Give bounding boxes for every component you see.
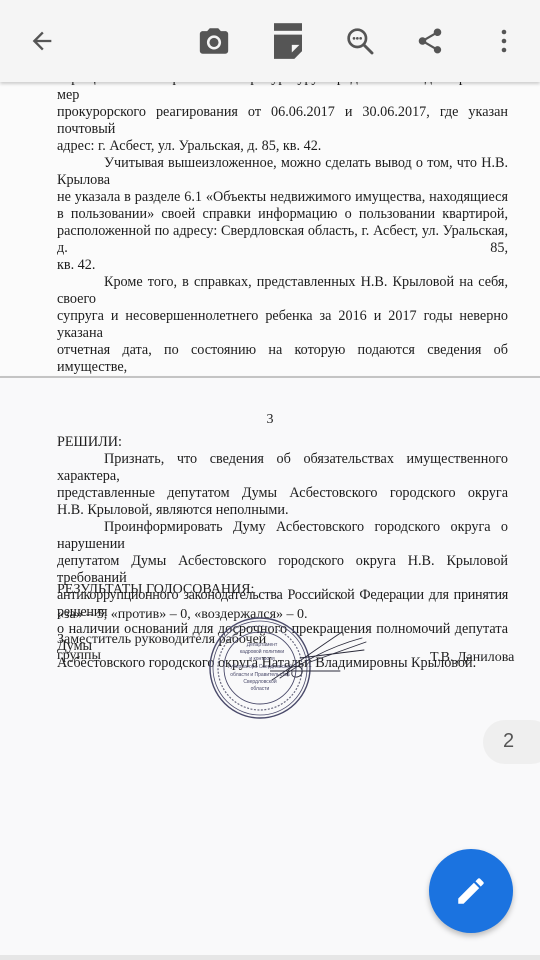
paragraph-line: представленные депутатом Думы Асбестовск… [57,485,508,502]
capture-button[interactable] [194,21,234,61]
more-options-button[interactable] [484,21,524,61]
paragraph-line: супруга и несовершеннолетнего ребенка за… [57,308,508,342]
search-button[interactable] [340,21,380,61]
top-app-bar [0,0,540,82]
page-indicator: 2 [483,720,540,764]
paragraph-line: Н.В. Крыловой, являются неполными. [57,502,508,519]
paragraph-line: расположенной по адресу: Свердловская об… [57,223,508,257]
search-in-document-icon [344,25,376,57]
paragraph-line: Проинформировать Думу Асбестовского горо… [57,519,508,553]
share-button[interactable] [410,21,450,61]
paragraph-line: Признать, что сведения об обязательствах… [57,451,508,485]
bottom-edge [0,955,540,960]
page-view-button[interactable] [268,21,308,61]
back-button[interactable] [22,21,62,61]
page-number: 3 [0,412,540,428]
decision-heading: РЕШИЛИ: [57,434,508,451]
pdf-viewer[interactable]: обращении Н.В. Крыловой в прокуратуру го… [0,0,540,960]
signature-icon [270,628,370,688]
edit-fab-button[interactable] [429,849,513,933]
share-icon [415,26,445,56]
arrow-back-icon [28,27,56,55]
camera-icon [197,24,231,58]
paragraph-line: кв. 42. [57,257,508,274]
paragraph-line: Кроме того, в справках, представленных Н… [57,274,508,308]
paragraph-line: не указала в разделе 6.1 «Объекты недвиж… [57,189,508,206]
paragraph-line: прокурорского реагирования от 06.06.2017… [57,104,508,138]
page-view-icon [274,23,302,59]
signer-name: Т.В. Данилова [430,650,514,666]
more-vertical-icon [492,26,516,56]
pencil-edit-icon [454,874,488,908]
vote-results-heading: РЕЗУЛЬТАТЫ ГОЛОСОВАНИЯ: [57,582,254,598]
paragraph-line: отчетная дата, по состоянию на которую п… [57,342,508,376]
paragraph-line: Учитывая вышеизложенное, можно сделать в… [57,155,508,189]
page-2-text: обращении Н.В. Крыловой в прокуратуру го… [57,70,508,427]
paragraph-line: адрес: г. Асбест, ул. Уральская, д. 85, … [57,138,508,155]
paragraph-line: в пользовании» своей справки информацию … [57,206,508,223]
svg-text:области: области [251,686,270,692]
page-indicator-label: 2 [503,730,514,753]
